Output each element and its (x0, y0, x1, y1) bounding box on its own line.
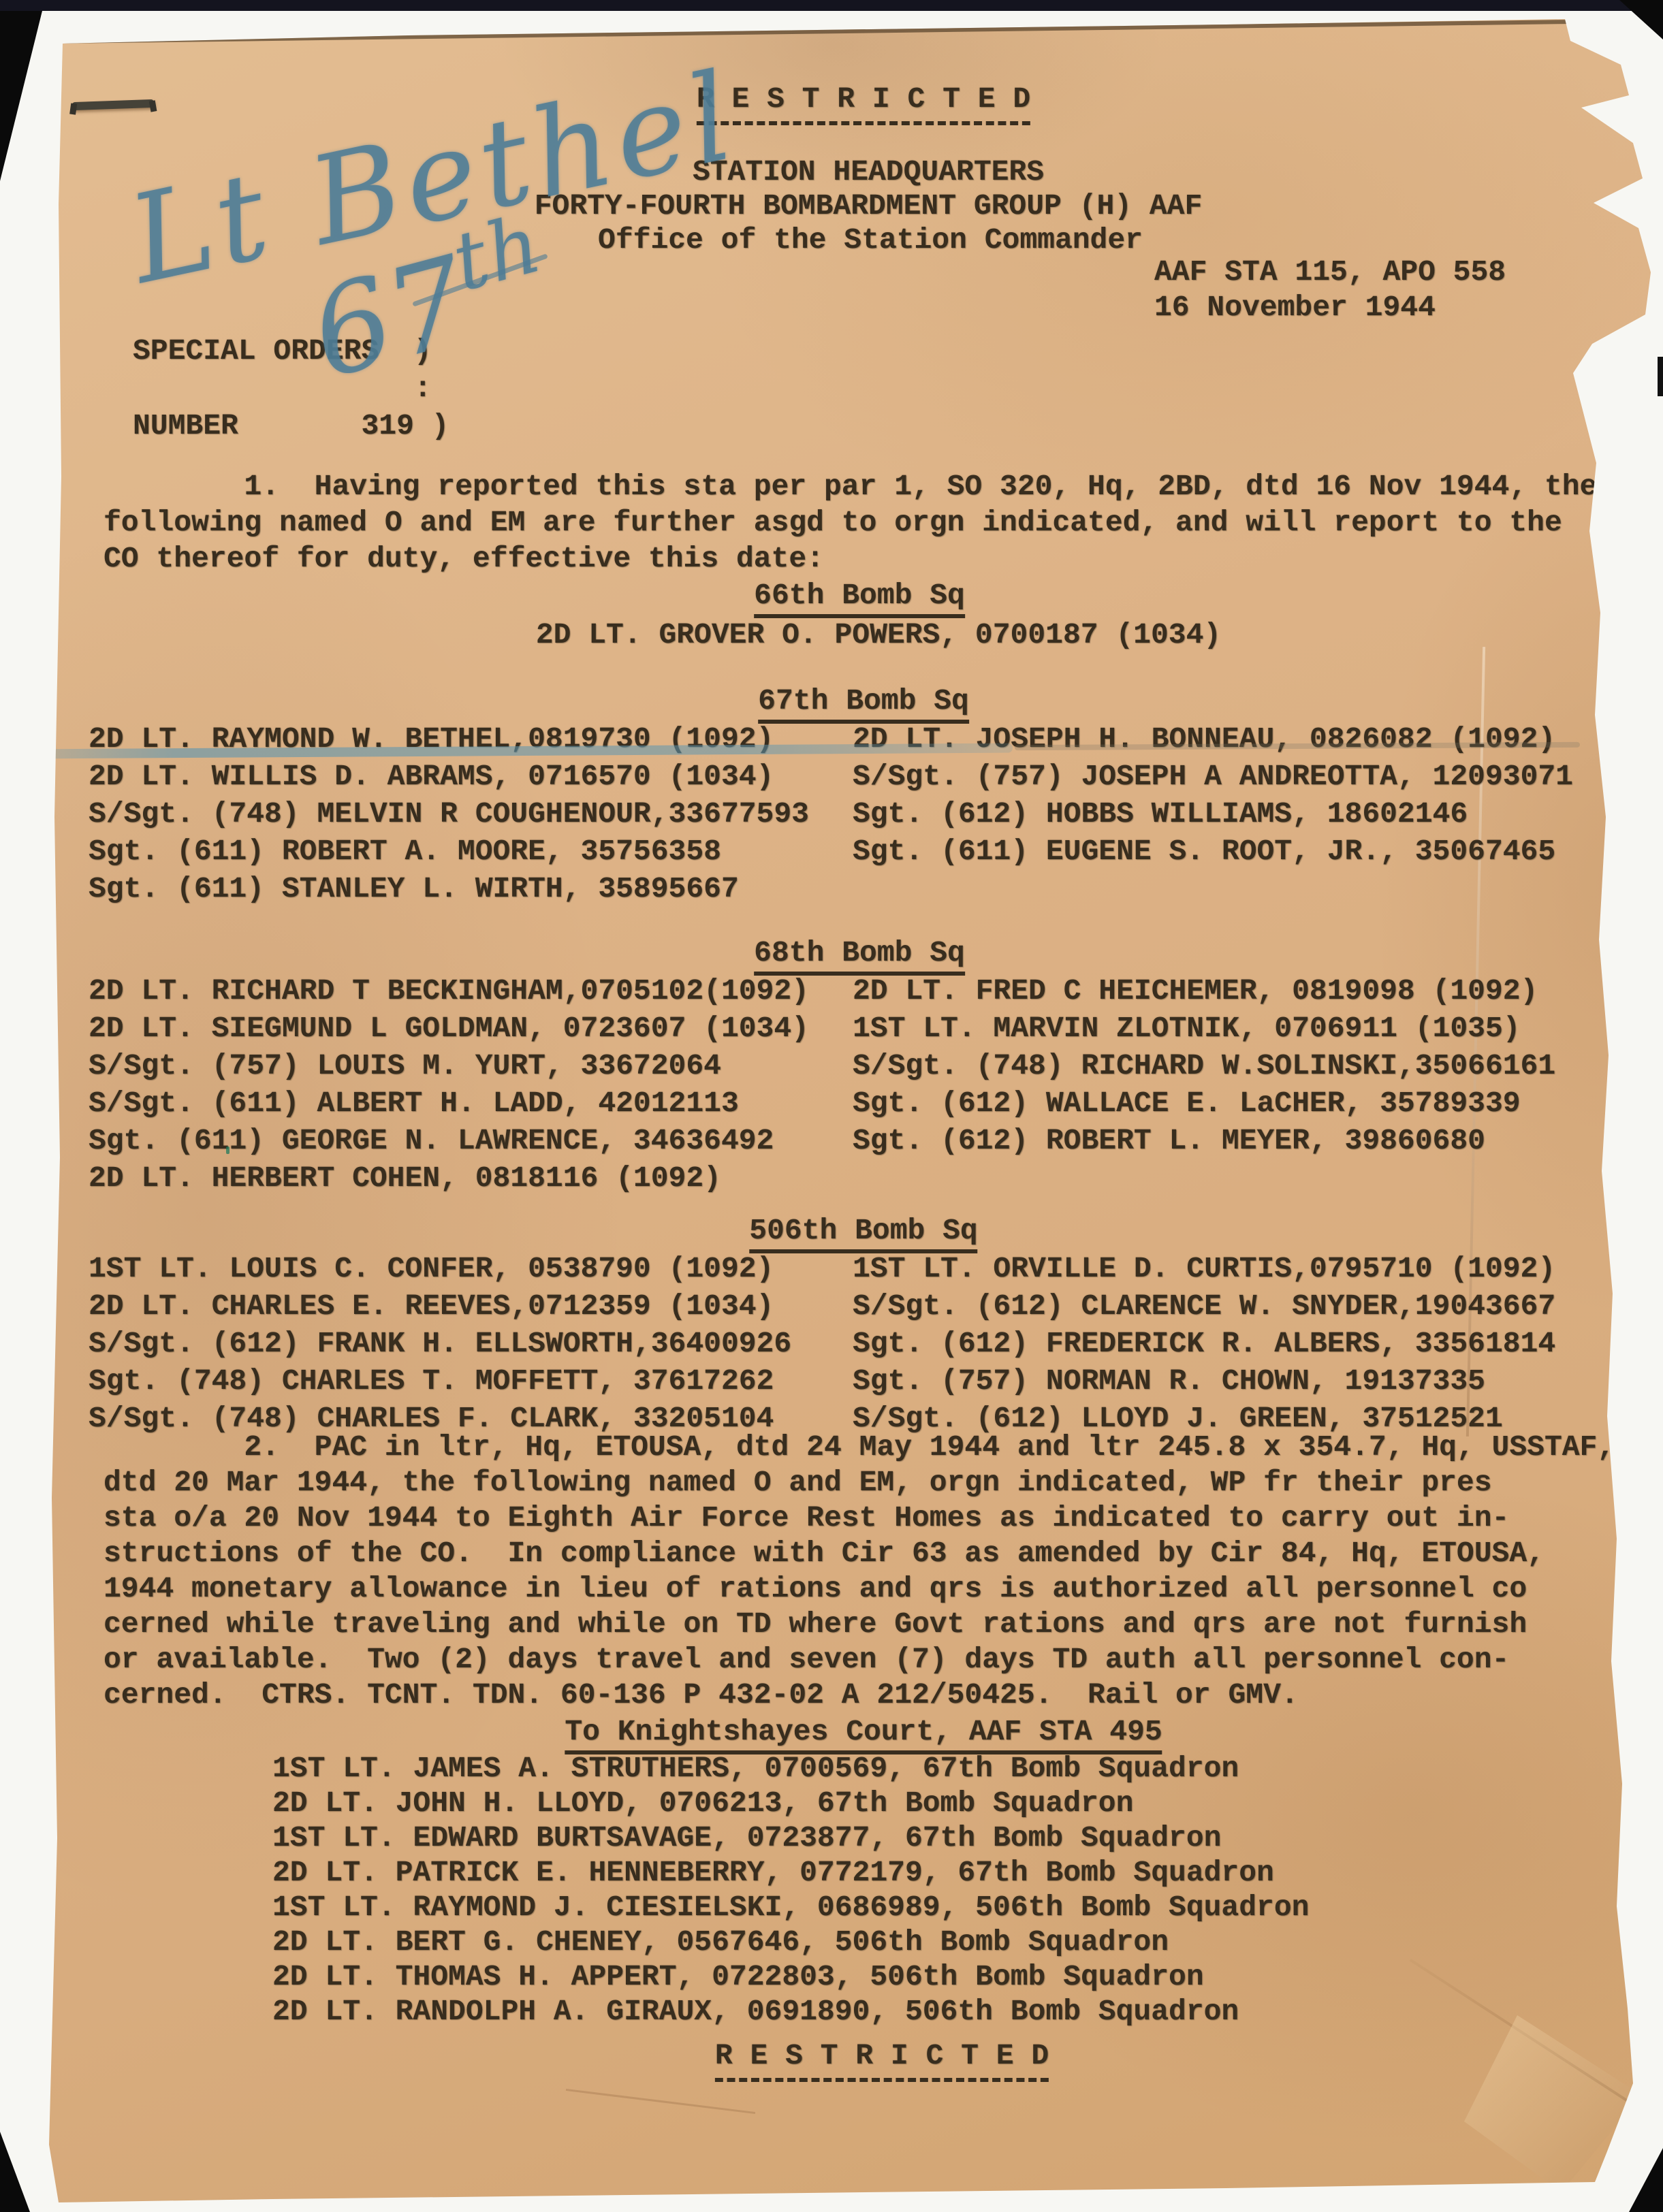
squadron-506-header: 506th Bomb Sq (749, 1212, 977, 1249)
paragraph-1-line: following named O and EM are further asg… (104, 504, 1597, 541)
paragraph-2-line: sta o/a 20 Nov 1944 to Eighth Air Force … (104, 1501, 1615, 1536)
orders-number: NUMBER 319 ) (133, 407, 449, 445)
squadron-506-title: 506th Bomb Sq (749, 1214, 977, 1253)
roster-entry: S/Sgt. (748) MELVIN R COUGHENOUR,3367759… (89, 795, 809, 833)
roster-entry: Sgt. (612) FREDERICK R. ALBERS, 33561814 (853, 1325, 1555, 1362)
roster-entry: Sgt. (748) CHARLES T. MOFFETT, 37617262 (89, 1362, 791, 1400)
roster-entry: S/Sgt. (757) LOUIS M. YURT, 33672064 (89, 1047, 809, 1085)
squadron-506-roster: 1ST LT. LOUIS C. CONFER, 0538790 (1092)2… (0, 1250, 1663, 1447)
squadron-68-roster: 2D LT. RICHARD T BECKINGHAM,0705102(1092… (0, 972, 1663, 1207)
paragraph-2: 2. PAC in ltr, Hq, ETOUSA, dtd 24 May 19… (104, 1430, 1615, 1713)
paragraph-1: 1. Having reported this sta per par 1, S… (104, 468, 1597, 577)
rest-home-header: To Knightshayes Court, AAF STA 495 (565, 1713, 1162, 1750)
squadron-66-title: 66th Bomb Sq (754, 579, 965, 618)
roster-entry: S/Sgt. (612) FRANK H. ELLSWORTH,36400926 (89, 1325, 791, 1362)
document-page: R E S T R I C T E D STATION HEADQUARTERS… (0, 0, 1663, 2212)
rest-home-entry: 1ST LT. RAYMOND J. CIESIELSKI, 0686989, … (272, 1890, 1309, 1925)
roster-entry: S/Sgt. (757) JOSEPH A ANDREOTTA, 1209307… (853, 758, 1573, 795)
classification-banner-top: R E S T R I C T E D (697, 80, 1030, 118)
scanner-corner-top-right (1619, 0, 1663, 39)
paper-crease (566, 2089, 755, 2114)
scanner-edge-sliver (1658, 357, 1663, 396)
roster-entry: Sgt. (611) STANLEY L. WIRTH, 35895667 (89, 870, 809, 908)
scanner-corner-bottom-right (1629, 2148, 1663, 2212)
station-line: AAF STA 115, APO 558 (1154, 253, 1506, 291)
roster-entry: Sgt. (611) ROBERT A. MOORE, 35756358 (89, 833, 809, 870)
squadron-506-left-column: 1ST LT. LOUIS C. CONFER, 0538790 (1092)2… (89, 1250, 791, 1437)
paragraph-2-line: or available. Two (2) days travel and se… (104, 1642, 1615, 1678)
squadron-66-name: 2D LT. GROVER O. POWERS, 0700187 (1034) (536, 616, 1221, 654)
date-line: 16 November 1944 (1154, 289, 1436, 326)
scanner-corner-bottom-left (0, 2132, 30, 2212)
roster-entry: 1ST LT. LOUIS C. CONFER, 0538790 (1092) (89, 1250, 791, 1287)
paragraph-2-line: structions of the CO. In compliance with… (104, 1536, 1615, 1571)
roster-entry: S/Sgt. (611) ALBERT H. LADD, 42012113 (89, 1085, 809, 1122)
squadron-68-right-column: 2D LT. FRED C HEICHEMER, 0819098 (1092)1… (853, 972, 1555, 1159)
roster-entry: 2D LT. CHARLES E. REEVES,0712359 (1034) (89, 1287, 791, 1325)
roster-entry: S/Sgt. (612) CLARENCE W. SNYDER,19043667 (853, 1287, 1555, 1325)
rest-home-entry: 2D LT. JOHN H. LLOYD, 0706213, 67th Bomb… (272, 1786, 1309, 1821)
roster-entry: 2D LT. SIEGMUND L GOLDMAN, 0723607 (1034… (89, 1010, 809, 1047)
roster-entry: 1ST LT. MARVIN ZLOTNIK, 0706911 (1035) (853, 1010, 1555, 1047)
paper-top-edge-shadow (63, 20, 1569, 44)
paragraph-2-line: 2. PAC in ltr, Hq, ETOUSA, dtd 24 May 19… (104, 1430, 1615, 1465)
squadron-66-header: 66th Bomb Sq (754, 577, 965, 614)
squadron-68-title: 68th Bomb Sq (754, 936, 965, 976)
roster-entry: Sgt. (757) NORMAN R. CHOWN, 19137335 (853, 1362, 1555, 1400)
classification-banner-bottom: R E S T R I C T E D (715, 2037, 1049, 2074)
classification-text: R E S T R I C T E D (697, 82, 1030, 125)
ink-speck (226, 1147, 229, 1154)
paper-fold (1464, 2015, 1641, 2192)
scanner-corner-top-left (0, 11, 42, 181)
squadron-68-header: 68th Bomb Sq (754, 934, 965, 972)
rest-home-list: 1ST LT. JAMES A. STRUTHERS, 0700569, 67t… (272, 1751, 1309, 2029)
rest-home-entry: 2D LT. THOMAS H. APPERT, 0722803, 506th … (272, 1959, 1309, 1994)
scanner-top-bar (0, 0, 1663, 11)
paragraph-2-line: cerned while traveling and while on TD w… (104, 1607, 1615, 1642)
roster-entry: 2D LT. RICHARD T BECKINGHAM,0705102(1092… (89, 972, 809, 1010)
roster-entry: Sgt. (611) EUGENE S. ROOT, JR., 35067465 (853, 833, 1573, 870)
paragraph-1-line: CO thereof for duty, effective this date… (104, 541, 1597, 577)
rest-home-entry: 1ST LT. JAMES A. STRUTHERS, 0700569, 67t… (272, 1751, 1309, 1786)
classification-text: R E S T R I C T E D (715, 2039, 1049, 2082)
rest-home-entry: 2D LT. RANDOLPH A. GIRAUX, 0691890, 506t… (272, 1994, 1309, 2029)
roster-entry: Sgt. (611) GEORGE N. LAWRENCE, 34636492 (89, 1122, 809, 1159)
roster-entry: 2D LT. HERBERT COHEN, 0818116 (1092) (89, 1159, 809, 1197)
squadron-67-header: 67th Bomb Sq (758, 682, 969, 720)
rest-home-entry: 1ST LT. EDWARD BURTSAVAGE, 0723877, 67th… (272, 1821, 1309, 1855)
roster-entry: Sgt. (612) HOBBS WILLIAMS, 18602146 (853, 795, 1573, 833)
roster-entry: Sgt. (612) WALLACE E. LaCHER, 35789339 (853, 1085, 1555, 1122)
paragraph-2-line: dtd 20 Mar 1944, the following named O a… (104, 1465, 1615, 1501)
roster-entry: S/Sgt. (748) RICHARD W.SOLINSKI,35066161 (853, 1047, 1555, 1085)
paragraph-1-line: 1. Having reported this sta per par 1, S… (104, 468, 1597, 504)
rest-home-entry: 2D LT. BERT G. CHENEY, 0567646, 506th Bo… (272, 1925, 1309, 1959)
roster-entry: 1ST LT. ORVILLE D. CURTIS,0795710 (1092) (853, 1250, 1555, 1287)
squadron-68-left-column: 2D LT. RICHARD T BECKINGHAM,0705102(1092… (89, 972, 809, 1197)
roster-entry: Sgt. (612) ROBERT L. MEYER, 39860680 (853, 1122, 1555, 1159)
rest-home-entry: 2D LT. PATRICK E. HENNEBERRY, 0772179, 6… (272, 1855, 1309, 1890)
paragraph-2-line: cerned. CTRS. TCNT. TDN. 60-136 P 432-02… (104, 1678, 1615, 1713)
squadron-67-title: 67th Bomb Sq (758, 684, 969, 724)
rest-home-header-text: To Knightshayes Court, AAF STA 495 (565, 1715, 1162, 1754)
squadron-506-right-column: 1ST LT. ORVILLE D. CURTIS,0795710 (1092)… (853, 1250, 1555, 1437)
staple-icon (72, 99, 154, 110)
roster-entry: 2D LT. WILLIS D. ABRAMS, 0716570 (1034) (89, 758, 809, 795)
roster-entry: 2D LT. FRED C HEICHEMER, 0819098 (1092) (853, 972, 1555, 1010)
letterhead-line-3: Office of the Station Commander (598, 221, 1143, 259)
paragraph-2-line: 1944 monetary allowance in lieu of ratio… (104, 1571, 1615, 1607)
